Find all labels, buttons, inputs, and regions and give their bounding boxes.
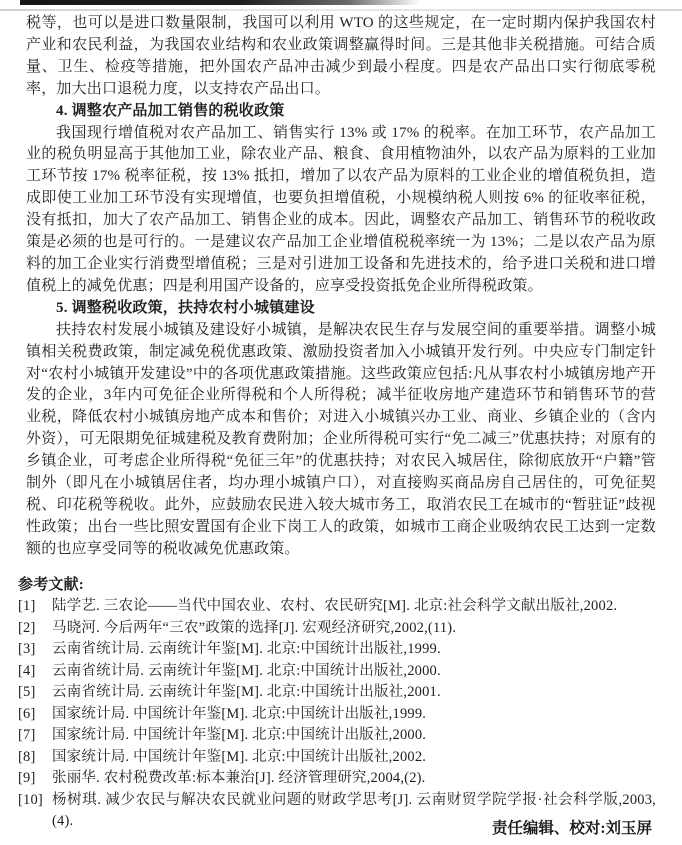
reference-label: [3] <box>18 639 52 661</box>
reference-text: 国家统计局. 中国统计年鉴[M]. 北京:中国统计出版社,2002. <box>52 747 656 769</box>
reference-text: 张丽华. 农村税费改革:标本兼治[J]. 经济管理研究,2004,(2). <box>52 768 656 790</box>
reference-label: [9] <box>18 768 52 790</box>
reference-text: 马晓河. 今后两年“三农”政策的选择[J]. 宏观经济研究,2002,(11). <box>52 618 656 640</box>
reference-item: [3] 云南省统计局. 云南统计年鉴[M]. 北京:中国统计出版社,1999. <box>18 639 656 661</box>
editor-credit: 责任编辑、校对:刘玉屏 <box>492 816 652 838</box>
reference-text: 云南省统计局. 云南统计年鉴[M]. 北京:中国统计出版社,2001. <box>52 682 656 704</box>
reference-label: [5] <box>18 682 52 704</box>
reference-item: [1] 陆学艺. 三农论——当代中国农业、农村、农民研究[M]. 北京:社会科学… <box>18 596 656 618</box>
reference-item: [5] 云南省统计局. 云南统计年鉴[M]. 北京:中国统计出版社,2001. <box>18 682 656 704</box>
reference-label: [1] <box>18 596 52 618</box>
scan-artifact-fold-line <box>0 9 682 11</box>
section-5-paragraph: 扶持农村发展小城镇及建设好小城镇，是解决农民生存与发展空间的重要举措。调整小城镇… <box>26 320 656 561</box>
reference-label: [6] <box>18 704 52 726</box>
section-4-heading: 4. 调整农产品加工销售的税收政策 <box>26 101 656 123</box>
reference-label: [2] <box>18 618 52 640</box>
reference-text: 陆学艺. 三农论——当代中国农业、农村、农民研究[M]. 北京:社会科学文献出版… <box>52 596 656 618</box>
section-4-paragraph: 我国现行增值税对农产品加工、销售实行 13% 或 17% 的税率。在加工环节，农… <box>26 123 656 298</box>
reference-label: [8] <box>18 747 52 769</box>
reference-text: 国家统计局. 中国统计年鉴[M]. 北京:中国统计出版社,2000. <box>52 725 656 747</box>
reference-text: 云南省统计局. 云南统计年鉴[M]. 北京:中国统计出版社,1999. <box>52 639 656 661</box>
reference-text: 云南省统计局. 云南统计年鉴[M]. 北京:中国统计出版社,2000. <box>52 661 656 683</box>
body-paragraph-continuation: 税等，也可以是进口数量限制，我国可以利用 WTO 的这些规定，在一定时期内保护我… <box>26 13 656 101</box>
section-5-heading: 5. 调整税收政策，扶持农村小城镇建设 <box>26 298 656 320</box>
reference-item: [6] 国家统计局. 中国统计年鉴[M]. 北京:中国统计出版社,1999. <box>18 704 656 726</box>
reference-item: [9] 张丽华. 农村税费改革:标本兼治[J]. 经济管理研究,2004,(2)… <box>18 768 656 790</box>
references-section: 参考文献: [1] 陆学艺. 三农论——当代中国农业、农村、农民研究[M]. 北… <box>26 575 656 833</box>
reference-item: [4] 云南省统计局. 云南统计年鉴[M]. 北京:中国统计出版社,2000. <box>18 661 656 683</box>
reference-label: [10] <box>18 790 52 833</box>
reference-item: [8] 国家统计局. 中国统计年鉴[M]. 北京:中国统计出版社,2002. <box>18 747 656 769</box>
references-title: 参考文献: <box>18 575 656 597</box>
page-content: 税等，也可以是进口数量限制，我国可以利用 WTO 的这些规定，在一定时期内保护我… <box>26 13 656 833</box>
reference-item: [7] 国家统计局. 中国统计年鉴[M]. 北京:中国统计出版社,2000. <box>18 725 656 747</box>
reference-item: [2] 马晓河. 今后两年“三农”政策的选择[J]. 宏观经济研究,2002,(… <box>18 618 656 640</box>
reference-text: 国家统计局. 中国统计年鉴[M]. 北京:中国统计出版社,1999. <box>52 704 656 726</box>
reference-label: [4] <box>18 661 52 683</box>
reference-label: [7] <box>18 725 52 747</box>
scan-artifact-top-bar <box>20 0 420 5</box>
scanned-paper-page: 税等，也可以是进口数量限制，我国可以利用 WTO 的这些规定，在一定时期内保护我… <box>0 0 682 845</box>
